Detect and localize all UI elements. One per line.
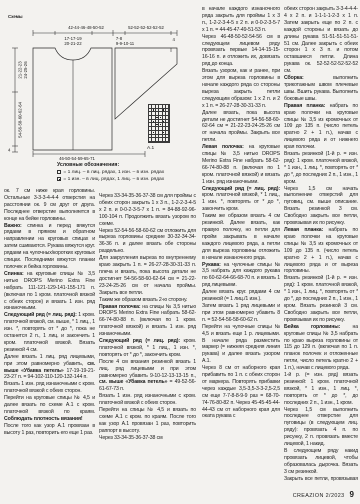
paragraph: Вязать 1 изн. ряд изнаночными с кром. пл… bbox=[99, 393, 196, 407]
paragraph: Спинка: на круговые спицы № 3,5 нитью DR… bbox=[4, 271, 95, 312]
paragraph: Вязать 1 изн. ряд изнаночными с кром. пл… bbox=[4, 381, 95, 395]
page-number: 9 bbox=[350, 490, 354, 499]
paragraph: Закрыть все петли, провязывая их по рису… bbox=[284, 476, 358, 484]
paragraph: Перейти на спицы № 4,5 и вязать по схеме… bbox=[99, 407, 196, 435]
paragraph: Правая полочка: на спицы № 3,5 нитью DRO… bbox=[99, 304, 196, 339]
dim-sleeve-length-top: 52-52-52-52-52-52 bbox=[128, 25, 164, 30]
paragraph: Сборка: выполнить трикотажным швом плече… bbox=[284, 75, 358, 103]
paragraph: Вязать узором, как и ранее, при этом для… bbox=[202, 68, 280, 109]
dim-body-width-bottom: 46-50-54-59-65-71 bbox=[59, 156, 95, 161]
paragraph: После 4 см вязания резинкой вязать 1 лиц… bbox=[99, 359, 196, 394]
knitting-schematic: Схемы 42-44-46-48-50-52 52-52-52-52-52-5… bbox=[0, 0, 200, 164]
symbols-legend: Условные обозначения: = 1 лиц. – в лиц. … bbox=[57, 162, 203, 182]
text-column-4: обеих сторон закрыть 3-3-4-4-4-4 x 2 п. … bbox=[284, 6, 358, 484]
purl-square-icon bbox=[57, 177, 61, 181]
paragraph: 1-й р. (= изн. ряд) вязать резинкой: 1 к… bbox=[284, 372, 358, 407]
paragraph: Далее вязать 1 лиц. ряд лицевыми, при эт… bbox=[4, 354, 95, 382]
paragraph: Таким же образом вязать 2-ю сторону. bbox=[99, 297, 196, 304]
dim-cuff-rib: 4 bbox=[173, 37, 176, 42]
text-column-3: в начале каждого изнаночного ряда закрыт… bbox=[202, 6, 280, 500]
paragraph: Через 33-34-35-36-37-38 см для проймы с … bbox=[99, 193, 196, 228]
paragraph: Левая полочка: на круговые спицы № 3,5 н… bbox=[202, 144, 280, 185]
paragraph: Следующий ряд (= лиц. ряд): кром. платоч… bbox=[202, 186, 280, 214]
dim-armhole-a: 21-22-23 bbox=[18, 61, 23, 79]
legend-item: = 1 изн. – в лиц. рядах, 1 лиц. – в изн.… bbox=[57, 177, 203, 182]
dim-total-length: 54-56-58-60-62-64 bbox=[18, 101, 23, 137]
text-column-2: Через 33-34-35-36-37-38 см для проймы с … bbox=[99, 193, 196, 501]
legend-items: = 1 лиц. – в лиц. рядах, 1 изн. – в изн.… bbox=[57, 170, 203, 182]
paragraph: в начале каждого изнаночного ряда закрыт… bbox=[202, 6, 280, 34]
legend-item-text: = 1 изн. – в лиц. рядах, 1 лиц. – в изн.… bbox=[63, 177, 164, 182]
paragraph: Через 8 см от наборного края прибавить п… bbox=[202, 365, 280, 420]
legend-title: Условные обозначения: bbox=[57, 162, 203, 168]
paragraph: Вязать резинкой (1-й р. = изн. ряд): 1 к… bbox=[284, 275, 358, 323]
paragraph: Таким же образом вязать 4 см резинкой. Д… bbox=[202, 213, 280, 261]
magazine-page: Схемы 42-44-46-48-50-52 52-52-52-52-52-5… bbox=[0, 0, 360, 504]
paragraph: Через 52-54-56-58-60-62 см отложить для … bbox=[99, 228, 196, 256]
paragraph: Через 1,5 см начать выполнение отверстий… bbox=[284, 186, 358, 227]
paragraph: Через 1,5 см выполнить последнее отверст… bbox=[284, 407, 358, 448]
paragraph: Через 46-48-50-52-54-56 см в следующем л… bbox=[202, 34, 280, 69]
dim-body-width-top: 42-44-46-48-50-52 bbox=[68, 25, 104, 30]
knit-cell bbox=[166, 138, 169, 142]
paragraph: Следующий ряд (= лиц. ряд): 1 кром. плат… bbox=[4, 312, 95, 353]
magazine-name: CREAZION 2/2023 bbox=[293, 493, 345, 499]
paragraph: Вязать резинкой (1-й р. = изн. ряд): 1 к… bbox=[284, 151, 358, 186]
legend-item: = 1 лиц. – в лиц. рядах, 1 изн. – в изн.… bbox=[57, 170, 203, 175]
a1-chart-label: А.1 bbox=[147, 146, 154, 151]
paragraph: Далее вязать круг. рядами 4 см резинкой … bbox=[202, 289, 280, 303]
paragraph: ок. 7 см ниже края горловины. Остальные … bbox=[4, 188, 95, 223]
paragraph: В следующем ряду накид провязать лицевой… bbox=[284, 448, 358, 476]
paragraph: Бейка горловины: на круговые спицы № 3,5… bbox=[284, 324, 358, 372]
knit-square-icon bbox=[57, 170, 61, 174]
paragraph: обеих сторон закрыть 3-3-4-4-4-4 x 2 п. … bbox=[284, 6, 358, 75]
paragraph: Далее вязать, пока высота детали не дост… bbox=[202, 110, 280, 145]
page-footer: CREAZION 2/2023 9 bbox=[293, 490, 354, 499]
paragraph: Затем вязать 1 ряд лицевыми и при этом р… bbox=[202, 303, 280, 324]
paragraph: Следующий ряд (= лиц. ряд): кром. платоч… bbox=[99, 338, 196, 359]
text-column-1: ок. 7 см ниже края горловины. Остальные … bbox=[4, 188, 95, 500]
paragraph: Через 33-34-35-36-37-38 см bbox=[99, 435, 196, 442]
body-outline bbox=[33, 48, 112, 150]
dim-armhole-b: 24-25-26 bbox=[23, 61, 28, 79]
paragraph: Важно: спинка и перед вяжутся рядами в п… bbox=[4, 223, 95, 271]
a1-chart-grid bbox=[148, 104, 170, 143]
legend-item-text: = 1 лиц. – в лиц. рядах, 1 изн. – в изн.… bbox=[63, 170, 164, 175]
paragraph: Перейти на чулочные спицы № 4,5 и вязать… bbox=[202, 324, 280, 365]
paragraph: Перейти на круговые спицы № 4,5 и далее … bbox=[4, 395, 95, 423]
paragraph: После того как узор А.1 провязан в высот… bbox=[4, 423, 95, 437]
dim-neck-b: 20-21-22 bbox=[64, 41, 82, 46]
dim-shoulder-b: 9-9-10-11 bbox=[116, 41, 135, 46]
paragraph: Левая планка: набрать по краю полочки на… bbox=[284, 227, 358, 275]
schematic-title: Схемы bbox=[8, 14, 23, 19]
paragraph: Для закругления выреза по внутреннему кр… bbox=[99, 255, 196, 296]
paragraph: Правая планка: набрать по краю полочки н… bbox=[284, 103, 358, 151]
dim-bottom-rib: 4 bbox=[8, 148, 11, 153]
paragraph: Рукава: на чулочные спицы № 3,5 набрать … bbox=[202, 262, 280, 290]
